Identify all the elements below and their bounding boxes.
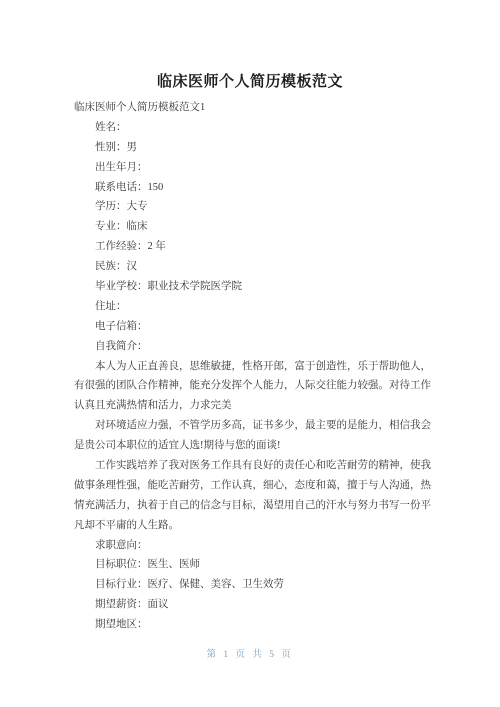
text-line: 临床医师个人简历模板范文1: [74, 98, 438, 118]
text-line: 住址：: [74, 297, 438, 317]
page-number-indicator: 第 1 页 共 5 页: [207, 650, 294, 660]
text-line: 工作经验：2 年: [74, 237, 438, 257]
text-line: 联系电话：150: [74, 178, 438, 198]
text-line: 电子信箱：: [74, 317, 438, 337]
text-line: 专业：临床: [74, 217, 438, 237]
text-line: 毕业学校：职业技术学院医学院: [74, 277, 438, 297]
text-line: 目标职位：医生、医师: [74, 555, 438, 575]
text-line: 学历：大专: [74, 197, 438, 217]
text-line: 期望薪资：面议: [74, 595, 438, 615]
text-line: 求职意向：: [74, 536, 438, 556]
text-line: 有很强的团队合作精神，能充分发挥个人能力，人际交往能力较强。对待工作: [74, 376, 438, 396]
text-line: 期望地区：: [74, 615, 438, 635]
text-line: 认真且充满热情和活力，力求完美: [74, 396, 438, 416]
text-line: 对环境适应力强，不管学历多高，证书多少，最主要的是能力，相信我会: [74, 416, 438, 436]
document-body: 临床医师个人简历模板范文1姓名：性别：男出生年月：联系电话：150学历：大专专业…: [74, 98, 438, 635]
text-line: 自我简介：: [74, 337, 438, 357]
page-footer: 第 1 页 共 5 页: [0, 646, 500, 660]
text-line: 做事条理性强，能吃苦耐劳，工作认真，细心，态度和蔼，擅于与人沟通，热: [74, 476, 438, 496]
text-line: 是贵公司本职位的适宜人选!期待与您的面谈!: [74, 436, 438, 456]
text-line: 工作实践培养了我对医务工作具有良好的责任心和吃苦耐劳的精神，使我: [74, 456, 438, 476]
text-line: 出生年月：: [74, 158, 438, 178]
text-line: 姓名：: [74, 118, 438, 138]
text-line: 目标行业：医疗、保健、美容、卫生效劳: [74, 575, 438, 595]
text-line: 性别：男: [74, 138, 438, 158]
text-line: 情充满活力，执着于自己的信念与目标，渴望用自己的汗水与努力书写一份平: [74, 496, 438, 516]
text-line: 民族：汉: [74, 257, 438, 277]
document-page: 临床医师个人简历模板范文 临床医师个人简历模板范文1姓名：性别：男出生年月：联系…: [0, 0, 500, 707]
document-title: 临床医师个人简历模板范文: [0, 0, 500, 91]
text-line: 凡却不平庸的人生路。: [74, 516, 438, 536]
text-line: 本人为人正直善良，思维敏捷，性格开郎，富于创造性，乐于帮助他人，: [74, 357, 438, 377]
